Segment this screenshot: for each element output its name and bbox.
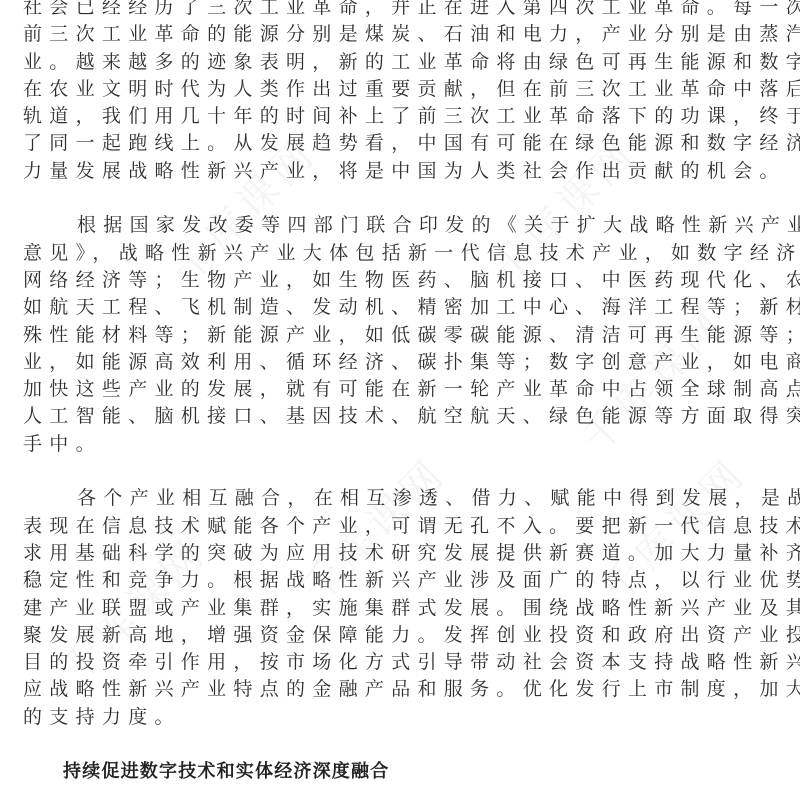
text-line: 各个产业相互融合，在相互渗透、借力、赋能中得到发展，是战略性新兴产业的一个重要特… (23, 485, 783, 512)
text-line: 根据国家发改委等四部门联合印发的《关于扩大战略性新兴产业投资培育壮大新增长点增长… (23, 212, 783, 239)
section-heading: 持续促进数字技术和实体经济深度融合 (23, 758, 783, 785)
text-line: 手中。 (23, 431, 783, 458)
article-body: 社会已经经历了三次工业革命，并正在进入第四次工业革命。每一次工业革命都有其标志性… (23, 0, 783, 786)
paragraph-2: 根据国家发改委等四部门联合印发的《关于扩大战略性新兴产业投资培育壮大新增长点增长… (23, 212, 783, 458)
text-line: 业。越来越多的迹象表明，新的工业革命将由绿色可再生能源和数字经济驱动。中国作为文… (23, 49, 783, 76)
text-line: 殊性能材料等；新能源产业，如低碳零碳能源、清洁可再生能源等；智能及新能源汽车产业… (23, 322, 783, 349)
text-line: 求用基础科学的突破为应用技术研究发展提供新赛道。加大力量补齐短板，增强产业链供应… (23, 540, 783, 567)
text-line: 的支持力度。 (23, 704, 783, 731)
text-line: 轨道，我们用几十年的时间补上了前三次工业革命落下的功课，终于在第四次工业革命中与… (23, 103, 783, 130)
paragraph-spacer (23, 731, 783, 758)
text-line: 前三次工业革命的能源分别是煤炭、石油和电力，产业分别是由蒸汽机、内燃机和电动机驱… (23, 21, 783, 48)
paragraph-3: 各个产业相互融合，在相互渗透、借力、赋能中得到发展，是战略性新兴产业的一个重要特… (23, 485, 783, 731)
paragraph-spacer (23, 458, 783, 485)
text-line: 应战略性新兴产业特点的金融产品和服务。优化发行上市制度，加大创业板、科创板等对战… (23, 676, 783, 703)
text-line: 力量发展战略性新兴产业，将是中国为人类社会作出贡献的机会。 (23, 158, 783, 185)
text-line: 在农业文明时代为人类作出过重要贡献，但在前三次工业革命中落后了。改革开放使中国回… (23, 76, 783, 103)
text-line: 加快这些产业的发展，就有可能在新一轮产业革命中占领全球制高点。特别是尽快在芯片技… (23, 376, 783, 403)
text-line: 建产业联盟或产业集群，实施集群式发展。围绕战略性新兴产业及其关键技术和关键零部件… (23, 595, 783, 622)
text-line: 社会已经经历了三次工业革命，并正在进入第四次工业革命。每一次工业革命都有其标志性… (23, 0, 783, 21)
text-line: 目的投资牵引作用，按市场化方式引导带动社会资本支持战略性新兴产业发展。鼓励金融机… (23, 649, 783, 676)
text-line: 业，如能源高效利用、循环经济、碳扑集等；数字创意产业，如电商、带货短视频、生成式… (23, 349, 783, 376)
text-line: 聚发展新高地，增强资金保障能力。发挥创业投资和政府出资产业投资基金对战略性新兴产… (23, 622, 783, 649)
text-line: 人工智能、脑机接口、基因技术、航空航天、绿色能源等方面取得突破，把发展的主动权牢… (23, 403, 783, 430)
text-line: 如航天工程、飞机制造、发动机、精密加工中心、海洋工程等；新材料产业，如碳纤维、石… (23, 294, 783, 321)
text-line: 表现在信息技术赋能各个产业，可谓无孔不入。要把新一代信息技术作为突破口，加大基础… (23, 513, 783, 540)
text-line: 了同一起跑线上。从发展趋势看，中国有可能在绿色能源和数字经济的一些重要领域处于领… (23, 130, 783, 157)
text-line: 稳定性和竞争力。根据战略性新兴产业涉及面广的特点，以行业优势企业为龙头，联合众多… (23, 567, 783, 594)
text-line: 意见》，战略性新兴产业大体包括新一代信息技术产业，如数字经济，包含芯片、人工智能… (23, 240, 783, 267)
text-line: 网络经济等；生物产业，如生物医药、脑机接口、中医药现代化、农畜产品育种等；高端装… (23, 267, 783, 294)
paragraph-spacer (23, 185, 783, 212)
paragraph-1: 社会已经经历了三次工业革命，并正在进入第四次工业革命。每一次工业革命都有其标志性… (23, 0, 783, 185)
